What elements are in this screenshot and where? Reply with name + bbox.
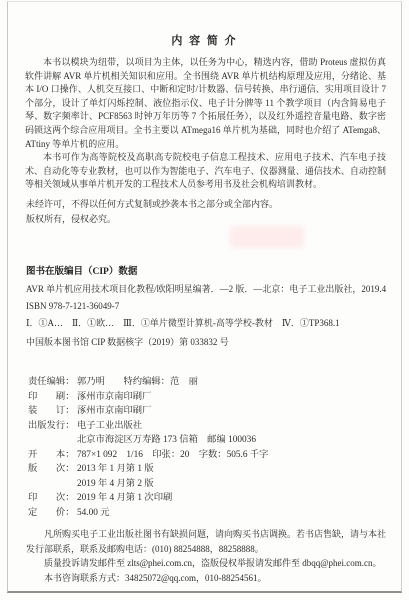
intro-paragraph-2: 本书可作为高等院校及高职高专院校电子信息工程技术、应用电子技术、汽车电子技术、自… — [25, 151, 386, 192]
intro-title: 内 容 简 介 — [0, 32, 409, 48]
footer-complaint-email-line: 质量投诉请发邮件至 zlts@phei.com.cn，盗版侵权举报请发邮件至 d… — [26, 556, 386, 571]
credit-row-publisher-address: 北京市海淀区万寿路 173 信箱 邮编 100036 — [28, 433, 388, 448]
credit-label: 开 本： — [28, 448, 77, 463]
credit-value: 54.00 元 — [77, 506, 110, 521]
footer-consult-contact-line: 本书咨询联系方式：34825072@qq.com，010-88254561。 — [26, 571, 386, 586]
cip-isbn-line: ISBN 978-7-121-36049-7 — [26, 298, 392, 315]
credit-row-editor: 责任编辑：郭乃明 特约编辑：范 丽 — [28, 375, 388, 390]
intro-paragraph-1: 本书以模块为纽带，以项目为主体，以任务为中心，精选内容，借助 Proteus 虚… — [25, 56, 386, 151]
credit-value: 787×1 092 1/16 印张：20 字数：505.6 千字 — [77, 448, 268, 463]
credit-value: 涿州市京南印刷厂 — [77, 404, 151, 419]
footer-contact-note: 凡所购买电子工业出版社图书有缺损问题，请向购买书店调换。若书店售缺，请与本社发行… — [26, 527, 386, 585]
credit-row-edition-2: 2019 年 4 月第 2 版 — [28, 477, 388, 492]
credit-value: 涿州市京南印刷厂 — [77, 390, 151, 405]
cip-block: AVR 单片机应用技术项目化教程/欧阳明星编著．—2 版．—北京：电子工业出版社… — [26, 281, 392, 351]
scan-artifact-smudge — [230, 226, 304, 248]
credit-label: 印 刷： — [28, 390, 77, 405]
copyright-notice-line-1: 未经许可，不得以任何方式复制或抄袭本书之部分或全部内容。 — [26, 197, 386, 212]
credit-value: 北京市海淀区万寿路 173 信箱 邮编 100036 — [77, 433, 256, 448]
credit-row-format: 开 本：787×1 092 1/16 印张：20 字数：505.6 千字 — [28, 448, 388, 463]
cip-title-line: AVR 单片机应用技术项目化教程/欧阳明星编著．—2 版．—北京：电子工业出版社… — [26, 281, 392, 298]
credit-label: 版 次： — [28, 462, 77, 477]
credit-label — [28, 433, 77, 448]
credit-row-edition: 版 次：2013 年 1 月第 1 版 — [28, 462, 388, 477]
credit-value: 2019 年 4 月第 1 次印刷 — [77, 491, 172, 506]
credit-label: 定 价： — [28, 506, 77, 521]
credit-row-printing: 印 次：2019 年 4 月第 1 次印刷 — [28, 491, 388, 506]
cip-registry-line: 中国版本图书馆 CIP 数据核字（2019）第 033832 号 — [26, 334, 392, 351]
credit-label: 装 订： — [28, 404, 77, 419]
credit-row-price: 定 价：54.00 元 — [28, 506, 388, 521]
cip-classification-line: Ⅰ．①A… Ⅱ．①欧… Ⅲ．①单片微型计算机-高等学校-教材 Ⅳ．①TP368.… — [26, 315, 392, 332]
credit-value: 2013 年 1 月第 1 版 — [77, 462, 154, 477]
intro-section: 本书以模块为纽带，以项目为主体，以任务为中心，精选内容，借助 Proteus 虚… — [25, 56, 386, 192]
credit-label: 出版发行： — [28, 419, 77, 434]
cip-heading: 图书在版编目（CIP）数据 — [26, 263, 386, 277]
credit-label — [28, 477, 77, 492]
credit-row-publisher: 出版发行：电子工业出版社 — [28, 419, 388, 434]
copyright-notice-line-2: 版权所有，侵权必究。 — [26, 212, 386, 227]
credit-label: 印 次： — [28, 491, 77, 506]
copyright-notice: 未经许可，不得以任何方式复制或抄袭本书之部分或全部内容。 版权所有，侵权必究。 — [26, 197, 386, 227]
publication-info: 责任编辑：郭乃明 特约编辑：范 丽 印 刷：涿州市京南印刷厂 装 订：涿州市京南… — [28, 375, 388, 520]
credit-value: 电子工业出版社 — [77, 419, 142, 434]
footer-exchange-line: 凡所购买电子工业出版社图书有缺损问题，请向购买书店调换。若书店售缺，请与本社发行… — [26, 527, 386, 556]
credit-row-binding: 装 订：涿州市京南印刷厂 — [28, 404, 388, 419]
credit-value: 郭乃明 特约编辑：范 丽 — [77, 375, 198, 390]
credit-value: 2019 年 4 月第 2 版 — [77, 477, 154, 492]
book-copyright-page: 内 容 简 介 本书以模块为纽带，以项目为主体，以任务为中心，精选内容，借助 P… — [0, 0, 409, 600]
credit-label: 责任编辑： — [28, 375, 77, 390]
credit-row-printer: 印 刷：涿州市京南印刷厂 — [28, 390, 388, 405]
